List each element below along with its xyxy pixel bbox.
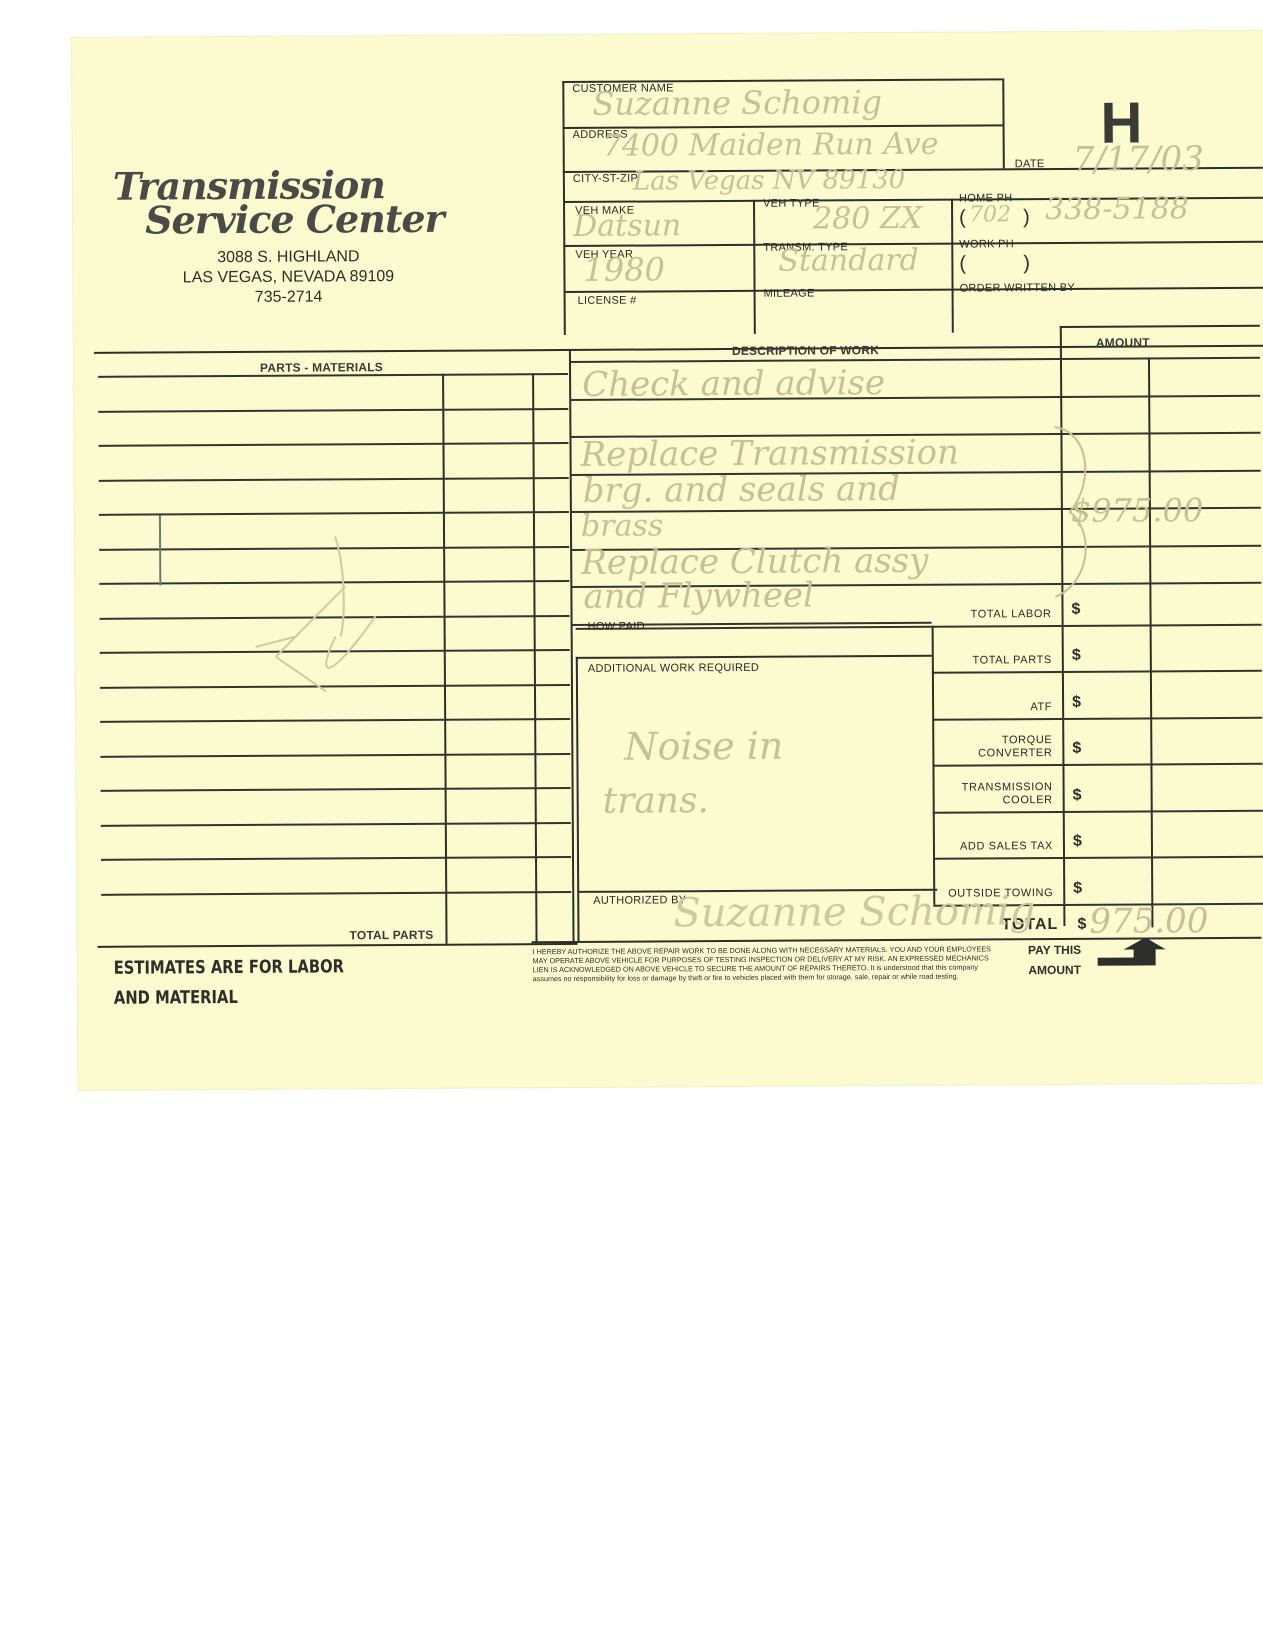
work-table xyxy=(72,31,1263,38)
parts-row[interactable] xyxy=(99,480,439,510)
totals-row-value[interactable] xyxy=(1091,860,1161,899)
main-top-border xyxy=(94,345,1263,354)
pay-this-amount: PAY THIS AMOUNT xyxy=(1020,940,1090,980)
work-line-3[interactable]: Replace Transmission xyxy=(580,433,959,475)
date-field[interactable]: 7/17/03 xyxy=(1073,139,1204,180)
company-logo-line2: Service Center xyxy=(145,196,444,243)
work-line-5[interactable]: brass xyxy=(581,508,663,544)
divider xyxy=(951,199,954,333)
estimates-note-line1: ESTIMATES ARE FOR LABOR xyxy=(114,956,344,978)
totals-row-label: ATF xyxy=(1030,701,1052,714)
dollar-sign: $ xyxy=(1072,647,1081,665)
parts-row[interactable] xyxy=(101,825,441,855)
totals-row-label: TORQUE CONVERTER xyxy=(978,734,1052,760)
staple-mark xyxy=(159,515,161,585)
parts-bottom-border xyxy=(98,943,578,948)
dollar-sign: $ xyxy=(1073,833,1082,851)
parts-row[interactable] xyxy=(101,860,441,890)
company-address-city: LAS VEGAS, NEVADA 89109 xyxy=(153,268,423,288)
company-address-street: 3088 S. HIGHLAND xyxy=(153,248,423,268)
totals-row-label: TRANSMISSION COOLER xyxy=(962,781,1053,808)
parts-header: PARTS - MATERIALS xyxy=(260,360,383,375)
divider xyxy=(753,200,756,334)
authorization-disclaimer: I HEREBY AUTHORIZE THE ABOVE REPAIR WORK… xyxy=(533,944,1003,983)
divider xyxy=(1002,78,1005,168)
how-paid-label: HOW PAID xyxy=(588,621,645,633)
authorized-signature[interactable]: Suzanne Schomig xyxy=(673,888,1035,936)
license-label: LICENSE # xyxy=(578,295,637,307)
order-written-by-field[interactable] xyxy=(960,297,1250,323)
totals-row: ATF$ xyxy=(932,670,1262,719)
description-header: DESCRIPTION OF WORK xyxy=(732,343,879,358)
dollar-sign: $ xyxy=(1072,740,1081,758)
parts-right-border xyxy=(569,349,575,943)
company-phone: 735-2714 xyxy=(154,288,424,308)
parts-row[interactable] xyxy=(98,411,438,441)
veh-type-label: VEH TYPE xyxy=(763,197,820,209)
totals-row-value[interactable] xyxy=(1090,628,1160,667)
totals-row-label: TOTAL LABOR xyxy=(971,608,1052,621)
repair-order-form: Transmission Service Center 3088 S. HIGH… xyxy=(72,31,1263,1090)
totals-row: ADD SALES TAX$ xyxy=(933,809,1263,858)
totals-row: TORQUE CONVERTER$ xyxy=(932,716,1262,765)
city-st-zip-label: CITY-ST-ZIP xyxy=(573,173,638,185)
totals-row-value[interactable] xyxy=(1091,814,1161,853)
home-phone-number[interactable]: 338-5188 xyxy=(1045,191,1189,227)
amount-header: AMOUNT xyxy=(1096,335,1150,349)
dollar-sign: $ xyxy=(1072,693,1081,711)
additional-left-border xyxy=(576,657,580,943)
totals-row-value[interactable] xyxy=(1090,674,1160,713)
home-phone-paren-open: ( xyxy=(959,207,966,230)
home-phone-paren-close: ) xyxy=(1023,206,1030,229)
veh-type-field[interactable]: 280 ZX xyxy=(813,201,922,237)
pay-this-line1: PAY THIS xyxy=(1020,940,1090,960)
dollar-sign: $ xyxy=(1077,915,1086,933)
totals-row: TRANSMISSION COOLER$ xyxy=(932,763,1262,812)
parts-table xyxy=(72,31,1263,38)
veh-year-field[interactable]: 1980 xyxy=(583,250,665,288)
pencil-scribble-icon xyxy=(235,526,396,697)
address-field[interactable]: 7400 Maiden Run Ave xyxy=(603,127,939,164)
mileage-label: MILEAGE xyxy=(764,287,815,299)
parts-row[interactable] xyxy=(100,722,440,752)
work-phone-field[interactable] xyxy=(971,254,1021,274)
dollar-sign: $ xyxy=(1073,879,1082,897)
parts-row[interactable] xyxy=(101,894,441,924)
additional-work-line-1[interactable]: Noise in xyxy=(624,724,783,769)
work-phone-paren-open: ( xyxy=(959,253,966,276)
work-phone-label: WORK PH xyxy=(959,238,1014,250)
customer-name-field[interactable]: Suzanne Schomig xyxy=(592,83,882,123)
dollar-sign: $ xyxy=(1073,786,1082,804)
mileage-field[interactable] xyxy=(764,305,944,328)
how-paid-field[interactable] xyxy=(588,633,918,655)
work-phone-paren-close: ) xyxy=(1023,252,1030,275)
totals-row-value[interactable] xyxy=(1089,581,1159,620)
order-written-by-label: ORDER WRITTEN BY xyxy=(960,282,1075,295)
amount-top-border xyxy=(1060,325,1260,328)
divider xyxy=(576,655,932,659)
header-left-border xyxy=(562,81,566,335)
dollar-sign: $ xyxy=(1071,600,1080,618)
totals-row-label: TOTAL PARTS xyxy=(972,654,1051,667)
veh-make-field[interactable]: Datsun xyxy=(573,208,681,244)
parts-row[interactable] xyxy=(101,791,441,821)
parts-row[interactable] xyxy=(100,756,440,786)
parts-total-label: TOTAL PARTS xyxy=(349,928,433,943)
totals-row: TOTAL PARTS$ xyxy=(932,623,1262,672)
work-line-1[interactable]: Check and advise xyxy=(582,363,885,405)
work-line-4[interactable]: brg. and seals and xyxy=(583,469,900,511)
work-amount-bracket[interactable]: $975.00 xyxy=(1071,491,1204,530)
work-row-line xyxy=(570,357,1260,363)
home-phone-area[interactable]: 702 xyxy=(969,202,1011,227)
additional-work-line-2[interactable]: trans. xyxy=(603,780,709,822)
totals-row-label: ADD SALES TAX xyxy=(960,840,1053,854)
date-label: DATE xyxy=(1015,158,1045,170)
totals-table: TOTAL LABOR$TOTAL PARTS$ATF$TORQUE CONVE… xyxy=(72,31,1263,38)
parts-row[interactable] xyxy=(99,446,439,476)
pay-this-line2: AMOUNT xyxy=(1020,960,1090,980)
license-field[interactable] xyxy=(578,310,748,331)
totals-row-value[interactable] xyxy=(1090,767,1160,806)
arrow-up-right-icon xyxy=(1094,935,1170,969)
transm-type-field[interactable]: Standard xyxy=(778,243,919,279)
divider xyxy=(564,287,1263,293)
totals-row: TOTAL LABOR$ xyxy=(575,577,1261,628)
totals-row-value[interactable] xyxy=(1090,721,1160,760)
estimates-note-line2: AND MATERIAL xyxy=(114,987,238,1009)
additional-work-label: ADDITIONAL WORK REQUIRED xyxy=(588,662,759,675)
city-st-zip-field[interactable]: Las Vegas NV 89130 xyxy=(633,165,906,197)
parts-row[interactable] xyxy=(98,377,438,407)
